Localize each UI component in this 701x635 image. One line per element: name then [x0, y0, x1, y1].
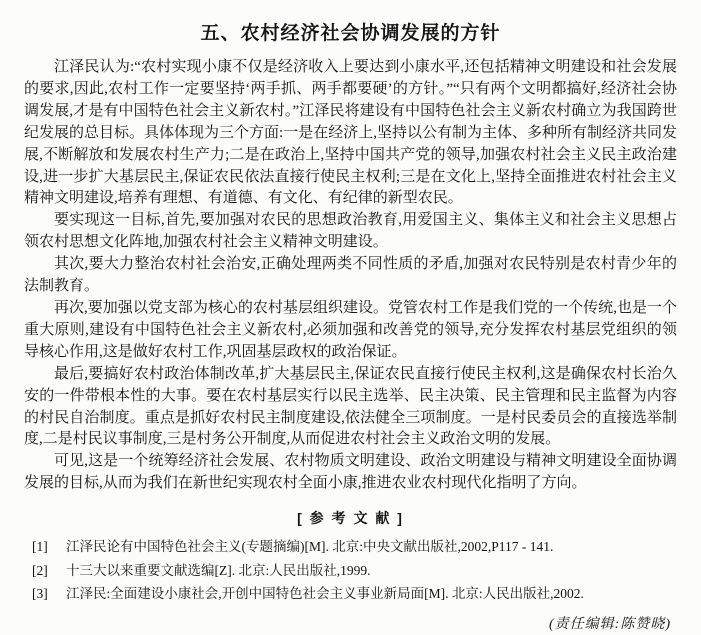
reference-text: 十三大以来重要文献选编[Z]. 北京:人民出版社,1999. [66, 559, 677, 583]
paragraph-conclusion: 可见,这是一个统筹经济社会发展、农村物质文明建设、政治文明建设与精神文明建设全面… [24, 451, 677, 495]
reference-number: [1] [32, 535, 66, 559]
paragraph-finally: 最后,要搞好农村政治体制改革,扩大基层民主,保证农民直接行使民主权利,这是确保农… [24, 364, 677, 452]
paragraph-thirdly: 再次,要加强以党支部为核心的农村基层组织建设。党管农村工作是我们党的一个传统,也… [24, 298, 677, 364]
reference-item: [3] 江泽民:全面建设小康社会,开创中国特色社会主义事业新局面[M]. 北京:… [32, 582, 677, 606]
references-header: [ 参 考 文 献 ] [24, 508, 677, 528]
reference-item: [2] 十三大以来重要文献选编[Z]. 北京:人民出版社,1999. [32, 559, 677, 583]
paragraph-goal: 要实现这一目标,首先,要加强对农民的思想政治教育,用爱国主义、集体主义和社会主义… [24, 210, 677, 254]
reference-number: [3] [32, 582, 66, 606]
article-title: 五、农村经济社会协调发展的方针 [24, 18, 677, 45]
reference-text: 江泽民论有中国特色社会主义(专题摘编)[M]. 北京:中央文献出版社,2002,… [66, 535, 677, 559]
reference-number: [2] [32, 559, 66, 583]
editor-credit: (责任编辑:陈赞晓) [24, 613, 671, 633]
article-body: 江泽民认为:“农村实现小康不仅是经济收入上要达到小康水平,还包括精神文明建设和社… [24, 57, 677, 495]
reference-text: 江泽民:全面建设小康社会,开创中国特色社会主义事业新局面[M]. 北京:人民出版… [66, 582, 677, 606]
references-section: [ 参 考 文 献 ] [1] 江泽民论有中国特色社会主义(专题摘编)[M]. … [24, 508, 677, 606]
paragraph-secondly: 其次,要大力整治农村社会治安,正确处理两类不同性质的矛盾,加强对农民特别是农村青… [24, 254, 677, 298]
reference-item: [1] 江泽民论有中国特色社会主义(专题摘编)[M]. 北京:中央文献出版社,2… [32, 535, 677, 559]
article-page: 五、农村经济社会协调发展的方针 江泽民认为:“农村实现小康不仅是经济收入上要达到… [0, 0, 701, 635]
paragraph-intro: 江泽民认为:“农村实现小康不仅是经济收入上要达到小康水平,还包括精神文明建设和社… [24, 57, 677, 210]
